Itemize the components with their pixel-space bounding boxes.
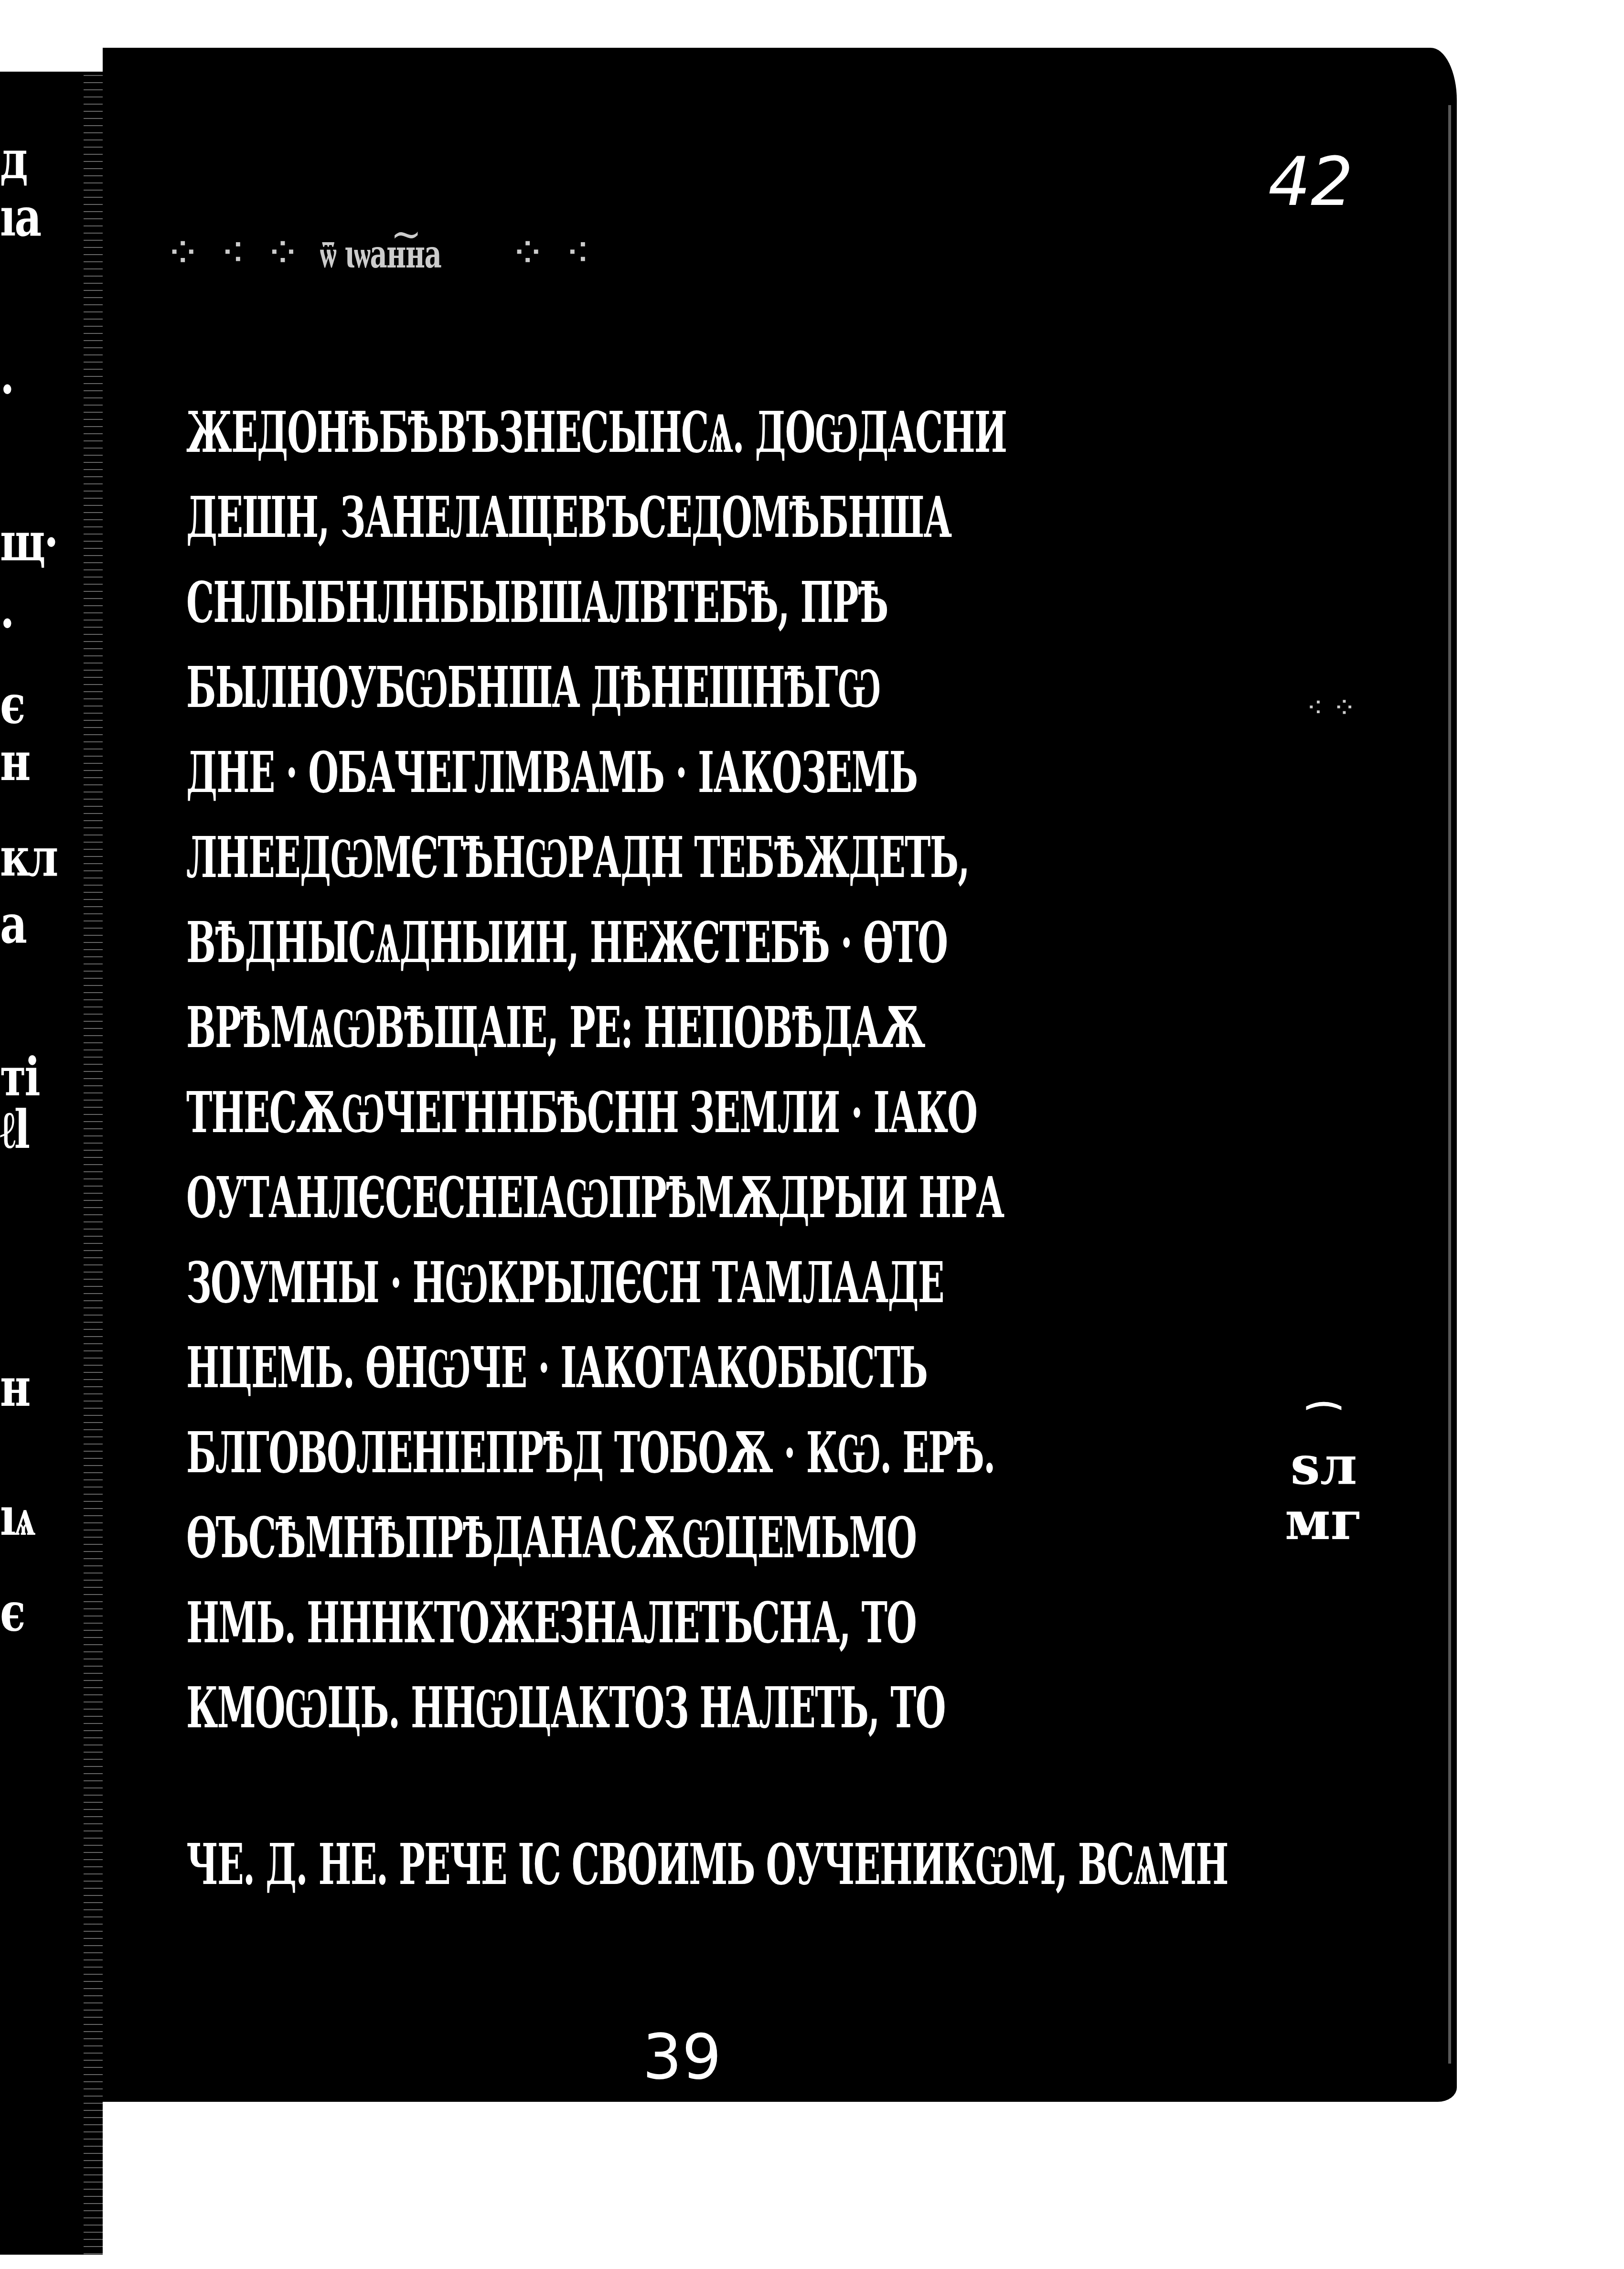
left-fragment: ıѧ — [0, 1490, 34, 1543]
left-fragment: кл — [0, 831, 57, 884]
text-line: врѣмѧѡвѣщаıе, ре: неповѣдаѫ — [186, 992, 779, 1077]
text-line: лнеедѡмєтѣнѡрадн тебѣждеть, — [186, 822, 779, 907]
text-line: оутанлєсеснеıаѡпрѣмѫдрыи нра — [186, 1162, 779, 1247]
left-fragment: щ· — [0, 516, 57, 568]
left-fragment: ℓl — [0, 1103, 29, 1156]
text-line: снлыбнлнбывшалвтебѣ, прѣ — [186, 567, 779, 652]
left-fragment: н — [0, 1361, 29, 1414]
text-line: жедонѣбѣвъзнесынсѧ. доѡдасни — [186, 396, 779, 482]
left-fragment: ıа — [0, 191, 40, 244]
margin-note-line: мг — [1285, 1493, 1363, 1549]
text-line: ѳъсѣмнѣпрѣданасѫѡцемьмо — [186, 1502, 779, 1587]
left-fragment: н — [0, 736, 29, 788]
text-line: блговоленıепрѣд тобоѫ · кѡ. ерѣ. — [186, 1417, 779, 1502]
main-text-block: жедонѣбѣвъзнесынсѧ. доѡдасни дешн, занел… — [186, 396, 1142, 1914]
text-line: дне · обачеглмвамь · ıакоземь — [186, 737, 779, 822]
header-ornament-band: ⁘ ⁖ ⁘ ѿ ꙇѡан͠на ⁘ ⁖ — [165, 229, 1120, 277]
text-line: былноубѡбнша дѣнешнѣгѡ — [186, 652, 779, 737]
left-fragment: д — [0, 134, 26, 186]
margin-note-line: ѕл — [1285, 1438, 1363, 1493]
left-fragment: ті — [0, 1051, 39, 1103]
left-fragment: є — [0, 678, 24, 731]
folio-number: 42 — [1268, 143, 1353, 221]
text-line: вѣднысѧдныин, нежєтебѣ · ѳто — [186, 907, 779, 992]
left-fragment: є — [0, 1586, 24, 1638]
margin-note: ⁀ ѕл мг — [1285, 1404, 1363, 1548]
titlo-arc-icon: ⁀ — [1285, 1404, 1363, 1438]
chapter-title: ѿ ꙇѡан͠на — [320, 230, 441, 278]
rubric-line: че. д. не. рече ꙇс своимь оученикѡм, всѧ… — [186, 1829, 779, 1914]
margin-marks: ⁖ ⁘ — [1306, 688, 1357, 728]
text-line: нмь. нннктожезналетьсна, то — [186, 1587, 779, 1672]
text-line: зоумны · нѡкрылєсн тамлааде — [186, 1247, 779, 1332]
manuscript-page: ⁘ ⁖ ⁘ ѿ ꙇѡан͠на ⁘ ⁖ 42 жедонѣбѣвъзнесынс… — [103, 48, 1457, 2102]
text-line: нцемь. ѳнѡче · ıакотакобысть — [186, 1332, 779, 1417]
text-line: тнесѫѡчегннбѣснн земли · ıако — [186, 1077, 779, 1162]
ornament-right-icon: ⁘ ⁖ — [510, 228, 593, 278]
page-number: 39 — [642, 2021, 721, 2093]
left-fragment: а — [0, 898, 26, 951]
ornament-left-icon: ⁘ ⁖ ⁘ — [165, 228, 304, 278]
text-line: кмоѡць. ннѡцактоз налеть, то — [186, 1672, 779, 1757]
left-fragment: · — [0, 597, 13, 650]
text-line: дешн, занелащевъседомѣбнша — [186, 482, 779, 567]
left-fragment: · — [0, 363, 13, 416]
page-gutter — [84, 72, 103, 2255]
